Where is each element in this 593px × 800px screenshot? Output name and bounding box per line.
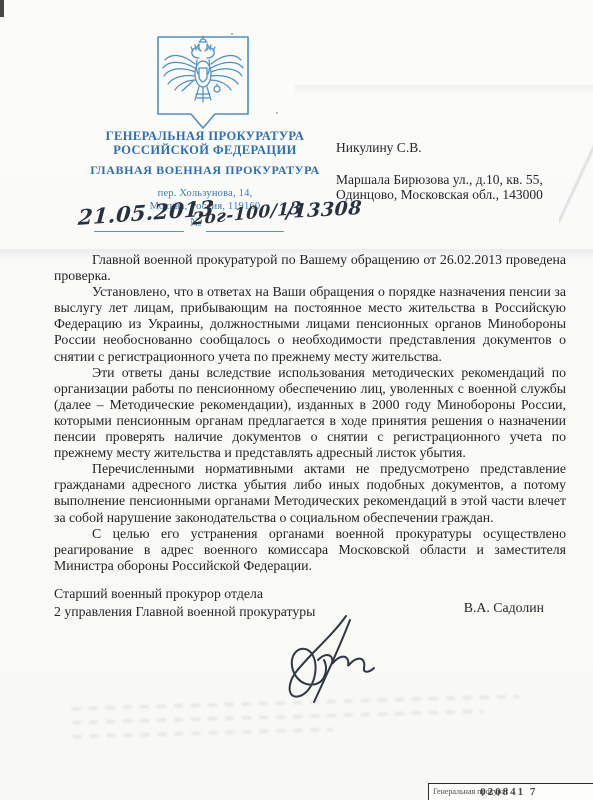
paragraph-2: Установлено, что в ответах на Ваши обращ…: [54, 284, 566, 364]
number-underline: [206, 230, 284, 232]
paragraph-4: Перечисленными нормативными актами не пр…: [54, 461, 566, 525]
org-name-line-2: РОССИЙСКОЙ ФЕДЕРАЦИИ: [55, 144, 355, 158]
scan-band-artifact: [295, 85, 593, 94]
recipient-address-line-2: Одинцово, Московская обл., 143000: [336, 187, 586, 202]
paragraph-1: Главной военной прокуратурой по Вашему о…: [54, 252, 566, 284]
scan-artifact-corner: [0, 0, 4, 17]
paragraph-3: Эти ответы даны вследствие использования…: [54, 365, 566, 462]
scanned-letter-page: ГЕНЕРАЛЬНАЯ ПРОКУРАТУРА РОССИЙСКОЙ ФЕДЕР…: [0, 0, 593, 800]
bleed-line: [73, 728, 333, 738]
org-name-line-3: ГЛАВНАЯ ВОЕННАЯ ПРОКУРАТУРА: [55, 163, 355, 178]
recipient-block: Никулину С.В. Маршала Бирюзова ул., д.10…: [336, 140, 586, 202]
recipient-name: Никулину С.В.: [336, 140, 586, 155]
bleed-line: [72, 695, 520, 711]
dust-speck-artifact: [276, 112, 278, 114]
coat-of-arms-russia-icon: [155, 34, 251, 136]
stamp-digits: 020841 7: [480, 786, 537, 798]
signer-name: В.А. Садолин: [464, 599, 544, 617]
letter-body: Главной военной прокуратурой по Вашему о…: [54, 252, 566, 574]
bleed-through-artifact: [71, 684, 520, 744]
footer-stamp: Генеральная прокурат 020841 7: [428, 783, 593, 800]
date-underline: [94, 230, 184, 232]
paragraph-5: С целью его устранения органами военной …: [54, 526, 566, 574]
recipient-address-line-1: Маршала Бирюзова ул., д.10, кв. 55,: [336, 172, 586, 187]
reference-line: № 21.05.2013 2ог-100/13 /13308: [78, 200, 378, 242]
bleed-line: [72, 710, 484, 725]
org-name-line-1: ГЕНЕРАЛЬНАЯ ПРОКУРАТУРА: [55, 130, 355, 144]
